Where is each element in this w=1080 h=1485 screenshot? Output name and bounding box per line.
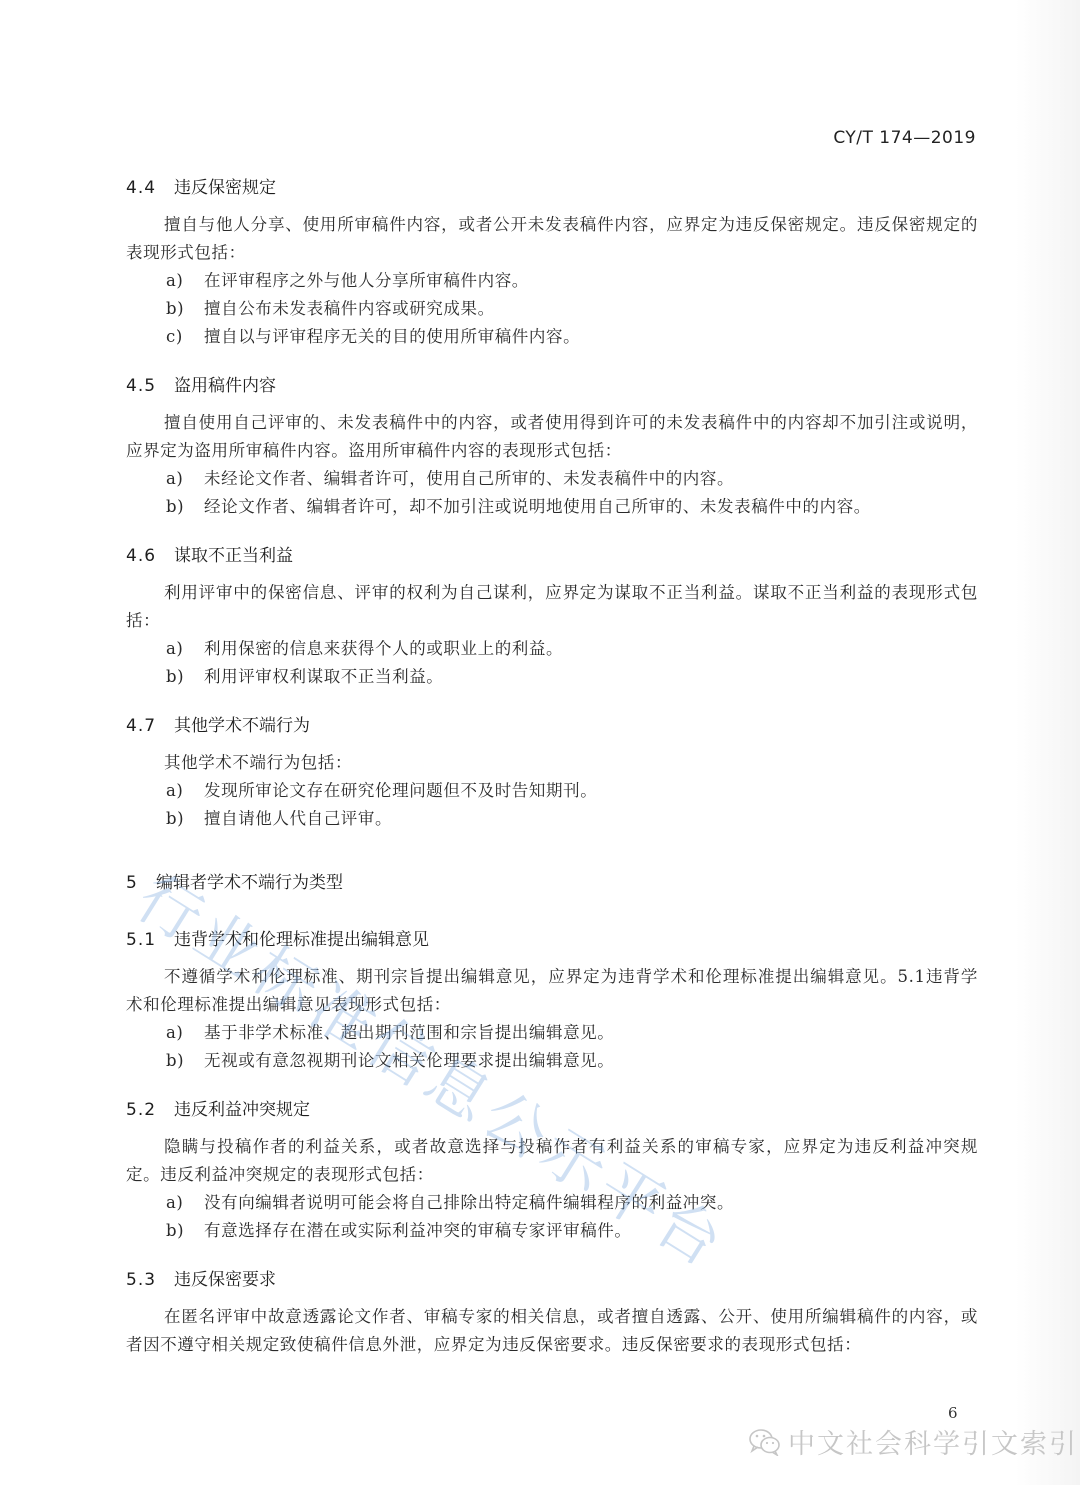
section-body: 在匿名评审中故意透露论文作者、审稿专家的相关信息，或者擅自透露、公开、使用所编辑…	[126, 1303, 978, 1359]
section-5-1: 5.1 违背学术和伦理标准提出编辑意见 不遵循学术和伦理标准、期刊宗旨提出编辑意…	[126, 925, 978, 1075]
list-text: 无视或有意忽视期刊论文相关伦理要求提出编辑意见。	[204, 1047, 614, 1075]
section-body: 隐瞒与投稿作者的利益关系，或者故意选择与投稿作者有利益关系的审稿专家，应界定为违…	[126, 1133, 978, 1189]
section-4-6: 4.6 谋取不正当利益 利用评审中的保密信息、评审的权利为自己谋利，应界定为谋取…	[126, 541, 978, 691]
section-number: 5.3	[126, 1270, 174, 1290]
section-number: 4.5	[126, 376, 174, 396]
section-title: 违反保密要求	[174, 1265, 276, 1290]
list-marker: a)	[166, 1189, 204, 1217]
list-item: a) 没有向编辑者说明可能会将自己排除出特定稿件编辑程序的利益冲突。	[126, 1189, 978, 1217]
section-5-3: 5.3 违反保密要求 在匿名评审中故意透露论文作者、审稿专家的相关信息，或者擅自…	[126, 1265, 978, 1359]
list-marker: b)	[166, 805, 204, 833]
section-heading: 4.4 违反保密规定	[126, 173, 978, 199]
list-marker: b)	[166, 663, 204, 691]
list-item: b) 利用评审权利谋取不正当利益。	[126, 663, 978, 691]
list-item: b) 有意选择存在潜在或实际利益冲突的审稿专家评审稿件。	[126, 1217, 978, 1245]
section-number: 5.1	[126, 930, 174, 950]
chapter-number: 5	[126, 873, 156, 893]
section-heading: 4.6 谋取不正当利益	[126, 541, 978, 567]
list-marker: a)	[166, 267, 204, 295]
list-text: 有意选择存在潜在或实际利益冲突的审稿专家评审稿件。	[204, 1217, 632, 1245]
section-body: 擅自与他人分享、使用所审稿件内容，或者公开未发表稿件内容，应界定为违反保密规定。…	[126, 211, 978, 267]
list-marker: b)	[166, 1047, 204, 1075]
section-title: 违反利益冲突规定	[174, 1095, 310, 1120]
list-item: a) 基于非学术标准、超出期刊范围和宗旨提出编辑意见。	[126, 1019, 978, 1047]
list-text: 擅自公布未发表稿件内容或研究成果。	[204, 295, 495, 323]
list-marker: a)	[166, 465, 204, 493]
section-heading: 4.7 其他学术不端行为	[126, 711, 978, 737]
section-4-5: 4.5 盗用稿件内容 擅自使用自己评审的、未发表稿件中的内容，或者使用得到许可的…	[126, 371, 978, 521]
chapter-5: 5 编辑者学术不端行为类型	[126, 868, 978, 893]
list-item: a) 利用保密的信息来获得个人的或职业上的利益。	[126, 635, 978, 663]
list-text: 基于非学术标准、超出期刊范围和宗旨提出编辑意见。	[204, 1019, 614, 1047]
section-body: 不遵循学术和伦理标准、期刊宗旨提出编辑意见，应界定为违背学术和伦理标准提出编辑意…	[126, 963, 978, 1019]
standard-code: CY/T 174—2019	[833, 128, 976, 148]
list-item: a) 未经论文作者、编辑者许可，使用自己所审的、未发表稿件中的内容。	[126, 465, 978, 493]
page-number: 6	[948, 1404, 958, 1422]
list-marker: a)	[166, 635, 204, 663]
section-body: 其他学术不端行为包括：	[126, 749, 978, 777]
document-page: CY/T 174—2019 4.4 违反保密规定 擅自与他人分享、使用所审稿件内…	[0, 0, 1080, 1485]
list-marker: a)	[166, 777, 204, 805]
section-number: 4.7	[126, 716, 174, 736]
section-number: 4.6	[126, 546, 174, 566]
list-marker: b)	[166, 295, 204, 323]
list-text: 利用评审权利谋取不正当利益。	[204, 663, 443, 691]
list-text: 在评审程序之外与他人分享所审稿件内容。	[204, 267, 529, 295]
section-title: 违反保密规定	[174, 173, 276, 198]
wechat-icon	[748, 1428, 782, 1456]
list-item: b) 擅自请他人代自己评审。	[126, 805, 978, 833]
chapter-title: 编辑者学术不端行为类型	[156, 868, 343, 893]
section-title: 盗用稿件内容	[174, 371, 276, 396]
list-text: 经论文作者、编辑者许可，却不加引注或说明地使用自己所审的、未发表稿件中的内容。	[204, 493, 871, 521]
list-item: b) 经论文作者、编辑者许可，却不加引注或说明地使用自己所审的、未发表稿件中的内…	[126, 493, 978, 521]
list-text: 没有向编辑者说明可能会将自己排除出特定稿件编辑程序的利益冲突。	[204, 1189, 734, 1217]
section-title: 其他学术不端行为	[174, 711, 310, 736]
section-heading: 5.1 违背学术和伦理标准提出编辑意见	[126, 925, 978, 951]
footer-brand: 中文社会科学引文索引	[748, 1422, 1078, 1461]
section-5-2: 5.2 违反利益冲突规定 隐瞒与投稿作者的利益关系，或者故意选择与投稿作者有利益…	[126, 1095, 978, 1245]
section-body: 擅自使用自己评审的、未发表稿件中的内容，或者使用得到许可的未发表稿件中的内容却不…	[126, 409, 978, 465]
list-text: 擅自以与评审程序无关的目的使用所审稿件内容。	[204, 323, 580, 351]
list-text: 利用保密的信息来获得个人的或职业上的利益。	[204, 635, 563, 663]
list-marker: b)	[166, 1217, 204, 1245]
section-title: 违背学术和伦理标准提出编辑意见	[174, 925, 429, 950]
list-marker: a)	[166, 1019, 204, 1047]
list-text: 发现所审论文存在研究伦理问题但不及时告知期刊。	[204, 777, 597, 805]
section-number: 4.4	[126, 178, 174, 198]
section-4-4: 4.4 违反保密规定 擅自与他人分享、使用所审稿件内容，或者公开未发表稿件内容，…	[126, 173, 978, 351]
section-number: 5.2	[126, 1100, 174, 1120]
list-marker: b)	[166, 493, 204, 521]
section-heading: 4.5 盗用稿件内容	[126, 371, 978, 397]
section-body: 利用评审中的保密信息、评审的权利为自己谋利，应界定为谋取不正当利益。谋取不正当利…	[126, 579, 978, 635]
section-heading: 5.3 违反保密要求	[126, 1265, 978, 1291]
list-marker: c)	[166, 323, 204, 351]
footer-brand-text: 中文社会科学引文索引	[788, 1422, 1078, 1461]
list-item: b) 擅自公布未发表稿件内容或研究成果。	[126, 295, 978, 323]
list-text: 未经论文作者、编辑者许可，使用自己所审的、未发表稿件中的内容。	[204, 465, 734, 493]
list-item: c) 擅自以与评审程序无关的目的使用所审稿件内容。	[126, 323, 978, 351]
section-4-7: 4.7 其他学术不端行为 其他学术不端行为包括： a) 发现所审论文存在研究伦理…	[126, 711, 978, 833]
list-text: 擅自请他人代自己评审。	[204, 805, 392, 833]
list-item: a) 在评审程序之外与他人分享所审稿件内容。	[126, 267, 978, 295]
list-item: b) 无视或有意忽视期刊论文相关伦理要求提出编辑意见。	[126, 1047, 978, 1075]
chapter-heading: 5 编辑者学术不端行为类型	[126, 868, 978, 893]
list-item: a) 发现所审论文存在研究伦理问题但不及时告知期刊。	[126, 777, 978, 805]
section-title: 谋取不正当利益	[174, 541, 293, 566]
section-heading: 5.2 违反利益冲突规定	[126, 1095, 978, 1121]
